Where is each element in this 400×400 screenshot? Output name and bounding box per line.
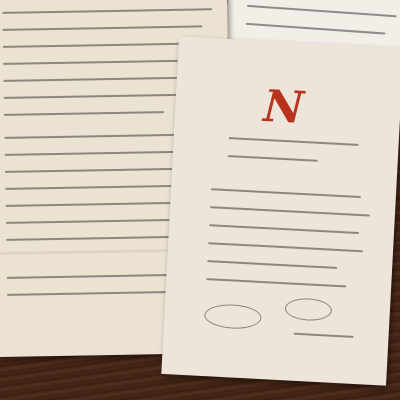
signature-flourish	[204, 303, 262, 330]
signature-flourish	[284, 297, 332, 321]
red-ornamental-initial: N	[262, 81, 305, 134]
right-manuscript-letter: N	[161, 36, 400, 385]
